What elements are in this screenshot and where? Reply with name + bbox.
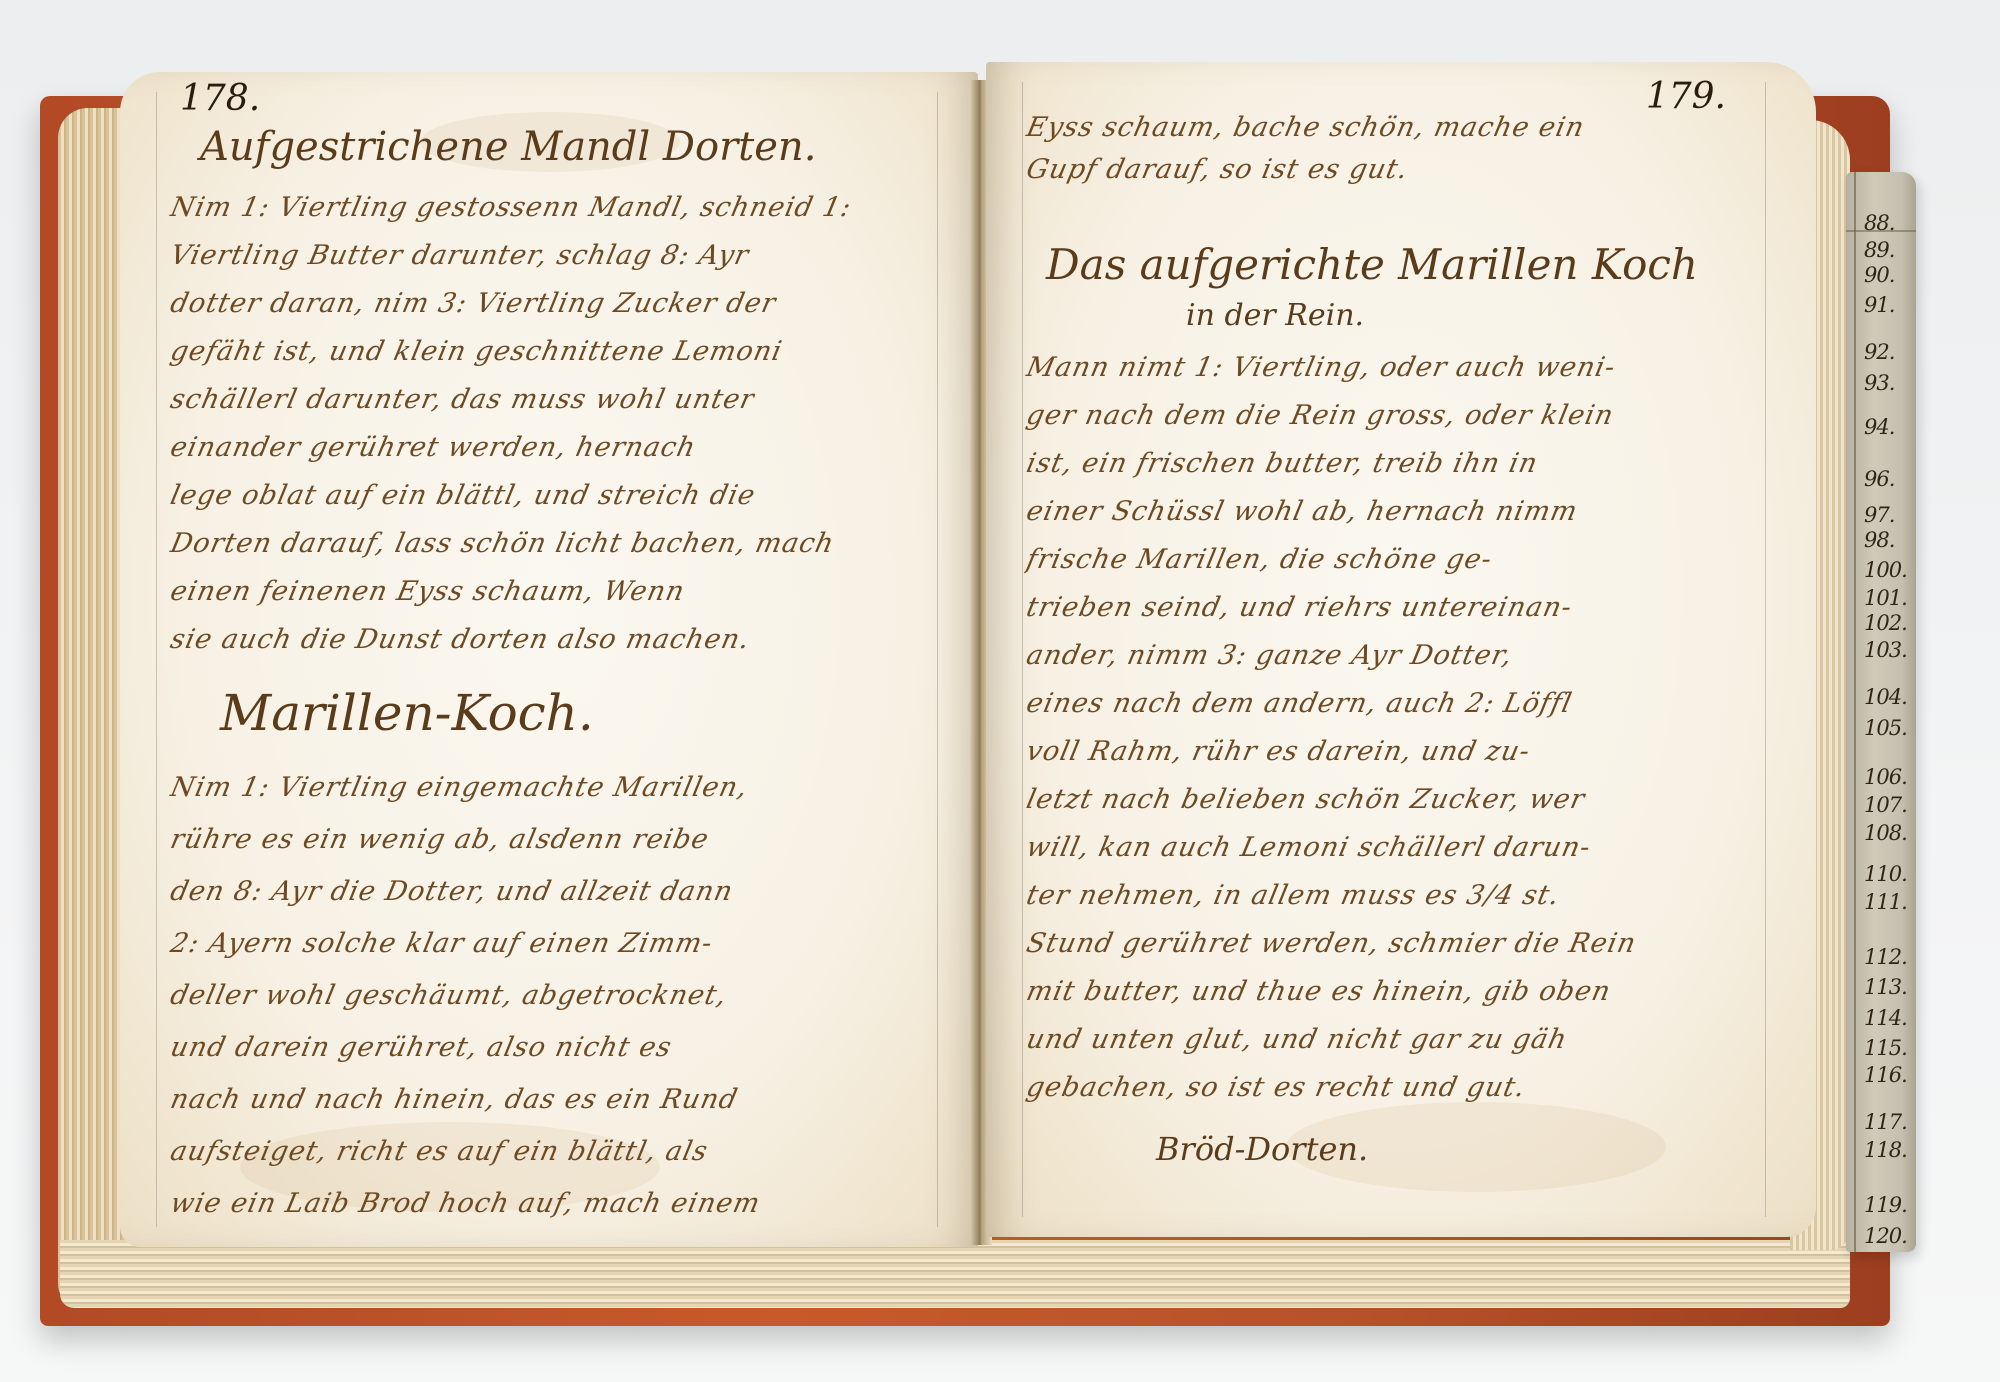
right-margin-line [1765,82,1766,1217]
index-page-number: 115. [1864,1036,1907,1060]
index-page-number: 116. [1864,1063,1907,1087]
left-page: 178. Aufgestrichene Mandl Dorten. Nim 1:… [120,72,978,1247]
index-page-number: 93. [1864,371,1894,395]
index-page-number: 118. [1864,1138,1907,1162]
index-page-number: 119. [1864,1193,1907,1217]
handwritten-line: Nim 1: Viertling eingemachte Marillen, [166,772,751,812]
index-page-number: 92. [1864,340,1894,364]
handwritten-line: ter nehmen, in allem muss es 3/4 st. [1022,880,1563,920]
handwritten-line: 2: Ayern solche klar auf einen Zimm- [166,928,716,968]
index-page-number: 103. [1864,638,1907,662]
index-page-number: 106. [1864,765,1907,789]
handwritten-line: mit butter, und thue es hinein, gib oben [1022,976,1614,1016]
index-page-number: 112. [1864,945,1907,969]
handwritten-line: gebachen, so ist es recht und gut. [1022,1072,1529,1112]
index-tab-strip: 88.89.90.91.92.93.94.96.97.98.100.101.10… [1846,172,1916,1252]
handwritten-line: einer Schüssl wohl ab, hernach nimm [1022,496,1581,536]
handwritten-line: ist, ein frischen butter, treib ihn in [1022,448,1541,488]
index-page-number: 89. [1864,238,1894,262]
handwritten-line: eines nach dem andern, auch 2: Löffl [1022,688,1575,728]
right-page: 179. Eyss schaum, bache schön, mache ein… [986,62,1816,1237]
index-page-number: 114. [1864,1006,1907,1030]
right-margin-line [937,92,938,1227]
handwritten-line: Viertling Butter darunter, schlag 8: Ayr [166,240,752,280]
recipe-subheading: in der Rein. [1186,298,1364,333]
handwritten-line: Gupf darauf, so ist es gut. [1022,154,1411,194]
handwritten-line: frische Marillen, die schöne ge- [1022,544,1496,584]
handwritten-line: Nim 1: Viertling gestossenn Mandl, schne… [166,192,855,232]
index-page-number: 98. [1864,528,1894,552]
handwritten-line: aufsteiget, richt es auf ein blättl, als [166,1136,711,1176]
index-page-number: 117. [1864,1110,1907,1134]
index-page-number: 94. [1864,415,1894,439]
recipe-heading: Aufgestrichene Mandl Dorten. [200,124,816,170]
handwritten-line: den 8: Ayr die Dotter, und allzeit dann [166,876,736,916]
left-margin-line [156,92,157,1227]
handwritten-line: Eyss schaum, bache schön, mache ein [1022,112,1588,152]
index-page-number: 100. [1864,558,1907,582]
index-page-number: 105. [1864,716,1907,740]
index-page-number: 104. [1864,685,1907,709]
handwritten-line: deller wohl geschäumt, abgetrocknet, [166,980,730,1020]
handwritten-line: dotter daran, nim 3: Viertling Zucker de… [166,288,779,328]
index-page-number: 97. [1864,503,1894,527]
recipe-heading: Marillen-Koch. [220,684,594,742]
recipe-heading: Bröd-Dorten. [1156,1130,1368,1168]
index-page-number: 120. [1864,1224,1907,1248]
handwritten-line: trieben seind, und riehrs untereinan- [1022,592,1575,632]
handwritten-line: lege oblat auf ein blättl, und streich d… [166,480,759,520]
handwritten-line: einander gerühret werden, hernach [166,432,699,472]
handwritten-line: ander, nimm 3: ganze Ayr Dotter, [1022,640,1516,680]
index-vertical-rule [1854,172,1856,1252]
handwritten-line: und unten glut, und nicht gar zu gäh [1022,1024,1571,1064]
bottom-page-edges [60,1240,1850,1308]
index-page-number: 107. [1864,793,1907,817]
handwritten-line: Dorten darauf, lass schön licht bachen, … [166,528,838,568]
index-page-number: 108. [1864,821,1907,845]
index-page-number: 96. [1864,467,1894,491]
index-page-number: 111. [1864,890,1907,914]
handwritten-line: Stund gerühret werden, schmier die Rein [1022,928,1639,968]
page-number: 179. [1646,76,1726,117]
index-page-number: 113. [1864,975,1907,999]
handwritten-line: ger nach dem die Rein gross, oder klein [1022,400,1617,440]
handwritten-line: und darein gerühret, also nicht es [166,1032,675,1072]
handwritten-line: gefäht ist, und klein geschnittene Lemon… [166,336,785,376]
handwritten-line: nach und nach hinein, das es ein Rund [166,1084,741,1124]
recipe-heading: Das aufgerichte Marillen Koch [1046,240,1698,289]
index-page-number: 91. [1864,293,1894,317]
handwritten-line: wie ein Laib Brod hoch auf, mach einem [166,1188,764,1228]
index-page-number: 90. [1864,263,1894,287]
page-number: 178. [180,78,260,119]
index-page-number: 102. [1864,611,1907,635]
handwritten-line: einen feinenen Eyss schaum, Wenn [166,576,688,616]
handwritten-line: schällerl darunter, das muss wohl unter [166,384,758,424]
handwritten-line: sie auch die Dunst dorten also machen. [166,624,753,664]
handwritten-line: will, kan auch Lemoni schällerl darun- [1022,832,1594,872]
index-page-number: 110. [1864,862,1907,886]
index-page-number: 101. [1864,586,1907,610]
index-page-number: 88. [1864,211,1894,235]
handwritten-line: rühre es ein wenig ab, alsdenn reibe [166,824,712,864]
left-margin-line [1022,82,1023,1217]
handwritten-line: voll Rahm, rühr es darein, und zu- [1022,736,1534,776]
handwritten-line: Mann nimt 1: Viertling, oder auch weni- [1022,352,1619,392]
handwritten-line: letzt nach belieben schön Zucker, wer [1022,784,1588,824]
